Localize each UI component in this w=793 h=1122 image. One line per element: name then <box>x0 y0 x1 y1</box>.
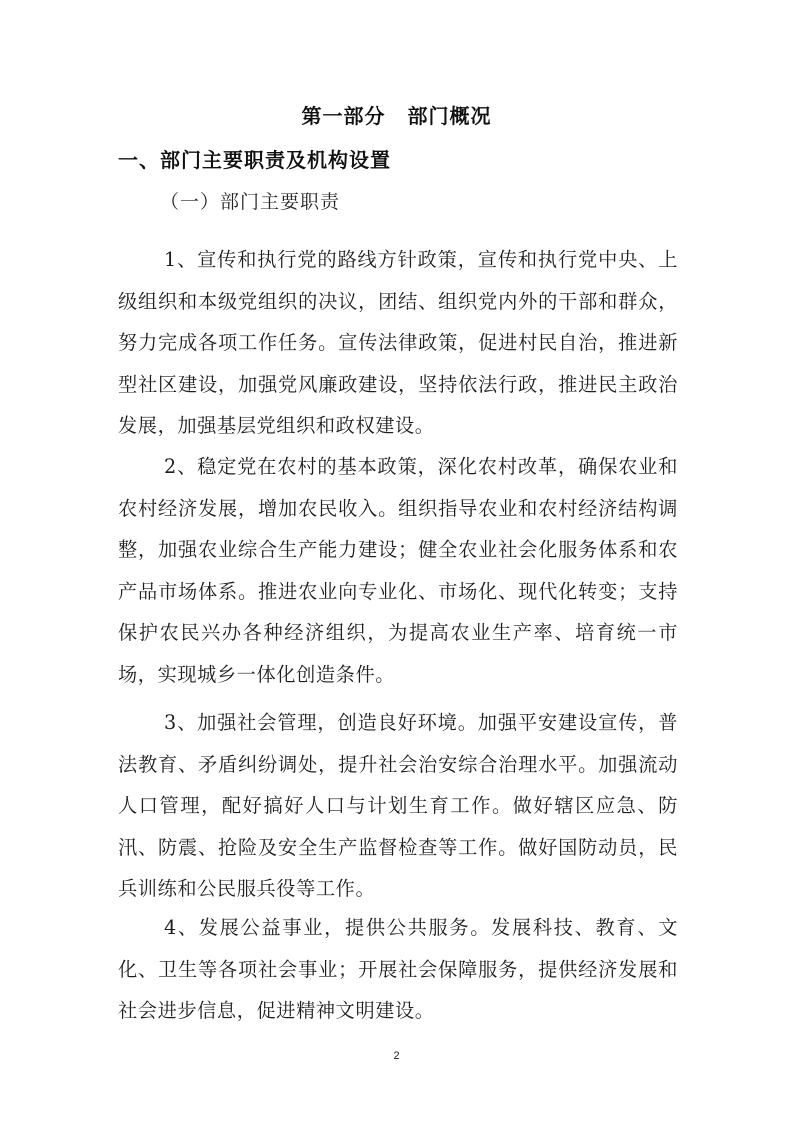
part-title: 第一部分部门概况 <box>0 100 793 129</box>
duty-paragraph-4: 4、发展公益事业，提供公共服务。发展科技、教育、文化、卫生等各项社会事业；开展社… <box>118 907 678 1032</box>
part-title-number: 第一部分 <box>302 104 386 128</box>
duty-paragraph-3: 3、加强社会管理，创造良好环境。加强平安建设宣传，普法教育、矛盾纠纷调处，提升社… <box>118 702 678 910</box>
part-title-name: 部门概况 <box>408 104 492 128</box>
section-heading: 一、部门主要职责及机构设置 <box>118 144 391 173</box>
document-page: 第一部分部门概况 一、部门主要职责及机构设置 （一）部门主要职责 1、宣传和执行… <box>0 0 793 1122</box>
duty-paragraph-2: 2、稳定党在农村的基本政策，深化农村改革，确保农业和农村经济发展，增加农民收入。… <box>118 446 678 695</box>
page-number: 2 <box>0 1050 793 1062</box>
subsection-heading: （一）部门主要职责 <box>160 187 340 214</box>
duty-paragraph-1: 1、宣传和执行党的路线方针政策，宣传和执行党中央、上级组织和本级党组织的决议，团… <box>118 239 678 447</box>
